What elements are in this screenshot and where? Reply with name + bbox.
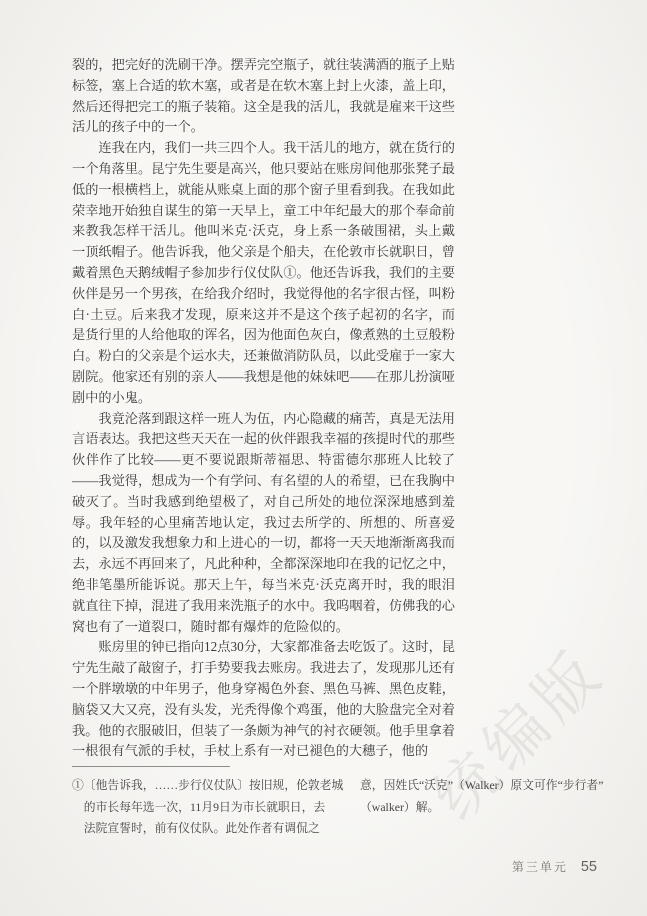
footnote-block: ①〔他告诉我，……步行仪仗队〕按旧规，伦敦老城 的市长每年选一次，11月9日为市… bbox=[72, 775, 592, 840]
paragraph: 连我在内，我们一共三四个人。我干活儿的地方，就在货行的一个角落里。昆宁先生要是高… bbox=[72, 138, 455, 408]
footnote-line: （walker）解。 bbox=[360, 797, 592, 819]
unit-label: 第三单元 bbox=[512, 858, 568, 875]
footnote-right-column: 意，因姓氏“沃克”（Walker）原文可作“步行者” （walker）解。 bbox=[360, 775, 592, 840]
footnote-divider bbox=[72, 766, 230, 767]
paragraph-continued: 裂的，把完好的洗刷干净。摆弄完空瓶子，就往装满酒的瓶子上贴标签，塞上合适的软木塞… bbox=[72, 55, 455, 138]
footnote-line: 法院宣誓时，前有仪仗队。此处作者有调侃之 bbox=[72, 818, 350, 840]
footnote-line: 意，因姓氏“沃克”（Walker）原文可作“步行者” bbox=[360, 775, 592, 797]
textbook-page: 统编版 裂的，把完好的洗刷干净。摆弄完空瓶子，就往装满酒的瓶子上贴标签，塞上合适… bbox=[0, 0, 647, 916]
main-text-block: 裂的，把完好的洗刷干净。摆弄完空瓶子，就往装满酒的瓶子上贴标签，塞上合适的软木塞… bbox=[72, 55, 455, 762]
page-footer: 第三单元 55 bbox=[512, 858, 597, 875]
paragraph: 账房里的钟已指向12点30分，大家都准备去吃饭了。这时，昆宁先生敲了敲窗子，打手… bbox=[72, 637, 455, 762]
paragraph: 我竟沦落到跟这样一班人为伍，内心隐藏的痛苦，真是无法用言语表达。我把这些天天在一… bbox=[72, 409, 455, 638]
footnote-line: 的市长每年选一次，11月9日为市长就职日，去 bbox=[72, 797, 350, 819]
footnote-left-column: ①〔他告诉我，……步行仪仗队〕按旧规，伦敦老城 的市长每年选一次，11月9日为市… bbox=[72, 775, 350, 840]
footnote-line: ①〔他告诉我，……步行仪仗队〕按旧规，伦敦老城 bbox=[72, 775, 350, 797]
page-number: 55 bbox=[581, 859, 597, 875]
